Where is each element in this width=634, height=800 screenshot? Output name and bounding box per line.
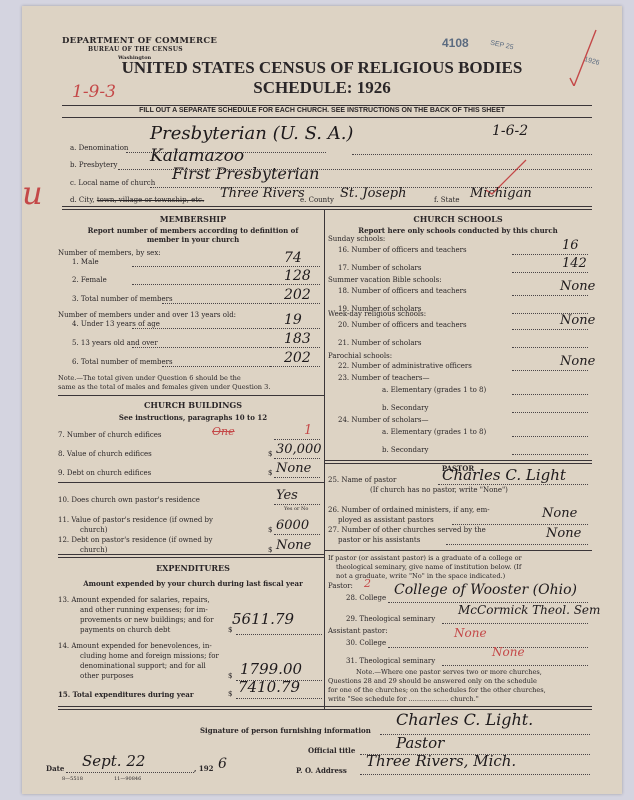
denomination-code: 1-6-2 bbox=[492, 123, 528, 139]
q31-label: 31. Theological seminary bbox=[346, 657, 435, 665]
year-digit[interactable]: 6 bbox=[218, 756, 227, 772]
code-mark: 1-9-3 bbox=[72, 82, 116, 102]
q13-value[interactable]: 5611.79 bbox=[232, 610, 294, 628]
school-row-value[interactable]: 16 bbox=[562, 238, 579, 253]
grad-note-2: theological seminary, give name of insti… bbox=[336, 563, 521, 571]
buildings-row-label: 7. Number of church edifices bbox=[58, 431, 162, 439]
school-group-label: Summer vacation Bible schools: bbox=[328, 276, 442, 284]
membership-row-label: 3. Total number of members bbox=[72, 295, 173, 303]
membership-row-value[interactable]: 202 bbox=[284, 287, 311, 303]
q29-value[interactable]: McCormick Theol. Sem bbox=[458, 603, 600, 617]
grad-note-3: not a graduate, write "No" in the space … bbox=[336, 572, 505, 580]
membership-subheading-2: member in your church bbox=[62, 235, 324, 244]
q26-value[interactable]: None bbox=[542, 506, 577, 521]
county-value[interactable]: St. Joseph bbox=[340, 186, 407, 201]
pastor-label: Pastor: bbox=[328, 582, 353, 590]
q25-hint: (If church has no pastor, write "None") bbox=[370, 486, 508, 494]
buildings-row-value[interactable]: None bbox=[276, 461, 311, 476]
school-row-label: 22. Number of administrative officers bbox=[338, 362, 472, 370]
city-label: d. City, town, village or township, etc. bbox=[70, 196, 204, 204]
buildings-row-label: 8. Value of church edifices bbox=[58, 450, 152, 458]
buildings-row-label: 10. Does church own pastor's residence bbox=[58, 496, 200, 504]
county-label: e. County bbox=[300, 196, 334, 204]
membership-row-label: 5. 13 years old and over bbox=[72, 339, 158, 347]
q25-value[interactable]: Charles C. Light bbox=[442, 466, 566, 484]
date-value[interactable]: Sept. 22 bbox=[82, 752, 145, 770]
official-title-label: Official title bbox=[308, 746, 355, 755]
po-address-value[interactable]: Three Rivers, Mich. bbox=[366, 752, 516, 770]
membership-row-value[interactable]: 19 bbox=[284, 312, 302, 328]
q30-value[interactable]: None bbox=[454, 626, 487, 640]
school-row-label: b. Secondary bbox=[382, 404, 428, 412]
buildings-row-label: 9. Debt on church edifices bbox=[58, 469, 151, 477]
form-number-2: 11—90846 bbox=[114, 776, 141, 782]
q26-label-1: 26. Number of ordained ministers, if any… bbox=[328, 506, 490, 514]
membership-note-1: Note.—The total given under Question 6 s… bbox=[58, 374, 241, 382]
by-age-label: Number of members under and over 13 year… bbox=[58, 311, 236, 319]
q26-label-2: ployed as assistant pastors bbox=[338, 516, 434, 524]
q25-label: 25. Name of pastor bbox=[328, 476, 396, 484]
pastor-note-3: for one of the churches; on the schedule… bbox=[328, 686, 546, 694]
local-name-label: c. Local name of church bbox=[70, 179, 155, 187]
buildings-row-value[interactable]: 30,000 bbox=[276, 442, 322, 457]
buildings-row-label: 11. Value of pastor's residence (if owne… bbox=[58, 516, 213, 524]
school-row-value[interactable]: 142 bbox=[562, 256, 587, 271]
membership-row-label: 6. Total number of members bbox=[72, 358, 173, 366]
schools-heading: CHURCH SCHOOLS bbox=[324, 214, 592, 224]
state-label: f. State bbox=[434, 196, 460, 204]
pastor-note-4: write "See schedule for ................… bbox=[328, 695, 479, 703]
q27-label-2: pastor or his assistants bbox=[338, 536, 420, 544]
buildings-subheading: See instructions, paragraphs 10 to 12 bbox=[62, 413, 324, 422]
signature-value[interactable]: Charles C. Light. bbox=[396, 710, 533, 729]
q14-label-line: other purposes bbox=[80, 672, 134, 680]
q31-value[interactable]: None bbox=[492, 645, 525, 659]
receipt-stamp-number: 4108 bbox=[442, 36, 469, 50]
membership-row-value[interactable]: 74 bbox=[284, 250, 302, 266]
buildings-row-hint: Yes or No bbox=[284, 506, 308, 512]
assistant-label: Assistant pastor: bbox=[328, 627, 388, 635]
buildings-row-label-2: church) bbox=[80, 546, 107, 554]
school-row-label: b. Secondary bbox=[382, 446, 428, 454]
school-row-value[interactable]: None bbox=[560, 279, 595, 294]
bureau-name: BUREAU OF THE CENSUS bbox=[88, 46, 183, 53]
city-value[interactable]: Three Rivers bbox=[220, 186, 305, 201]
buildings-row-value[interactable]: None bbox=[276, 538, 311, 553]
buildings-row-label-2: church) bbox=[80, 526, 107, 534]
buildings-row-label: 12. Debt on pastor's residence (if owned… bbox=[58, 536, 212, 544]
q28-label: 28. College bbox=[346, 594, 386, 602]
q29-label: 29. Theological seminary bbox=[346, 615, 435, 623]
q14-label-line: denominational support; and for all bbox=[80, 662, 206, 670]
school-row-label: 20. Number of officers and teachers bbox=[338, 321, 467, 329]
receipt-stamp-date: SEP 25 bbox=[490, 40, 515, 52]
q27-value[interactable]: None bbox=[546, 526, 581, 541]
school-row-value[interactable]: None bbox=[560, 354, 595, 369]
school-row-value[interactable]: None bbox=[560, 313, 595, 328]
schools-subheading: Report here only schools conducted by th… bbox=[324, 226, 592, 235]
q30-label: 30. College bbox=[346, 639, 386, 647]
buildings-heading: CHURCH BUILDINGS bbox=[62, 400, 324, 410]
membership-row-value[interactable]: 128 bbox=[284, 268, 311, 284]
membership-row-value[interactable]: 202 bbox=[284, 350, 311, 366]
membership-subheading-1: Report number of members according to de… bbox=[62, 226, 324, 235]
expenditures-subheading: Amount expended by your church during la… bbox=[62, 579, 324, 588]
local-name-value[interactable]: First Presbyterian bbox=[172, 164, 319, 183]
buildings-row-value[interactable]: Yes bbox=[276, 488, 298, 503]
school-row-label: 17. Number of scholars bbox=[338, 264, 421, 272]
q28-value[interactable]: College of Wooster (Ohio) bbox=[394, 582, 577, 598]
pastor-note-2: Questions 28 and 29 should be answered o… bbox=[328, 677, 537, 685]
department-name: DEPARTMENT OF COMMERCE bbox=[62, 36, 217, 46]
school-row-label: a. Elementary (grades 1 to 8) bbox=[382, 428, 486, 436]
q14-label-line: 14. Amount expended for benevolences, in… bbox=[58, 642, 212, 650]
form-number-1: 8—5518 bbox=[62, 776, 83, 782]
membership-row-value[interactable]: 183 bbox=[284, 331, 311, 347]
q13-label-line: 13. Amount expended for salaries, repair… bbox=[58, 596, 210, 604]
denomination-label: a. Denomination bbox=[70, 144, 128, 152]
presbytery-value[interactable]: Kalamazoo bbox=[150, 146, 244, 166]
school-row-label: a. Elementary (grades 1 to 8) bbox=[382, 386, 486, 394]
date-label: Date bbox=[46, 764, 64, 773]
buildings-row-value[interactable]: 6000 bbox=[276, 518, 309, 533]
q13-label-line: and other running expenses; for im- bbox=[80, 606, 208, 614]
instructions-banner: FILL OUT A SEPARATE SCHEDULE FOR EACH CH… bbox=[22, 107, 622, 114]
school-row-label: 19. Number of scholars bbox=[338, 305, 421, 313]
pastor-note-1: Note.—Where one pastor serves two or mor… bbox=[356, 668, 542, 676]
denomination-value[interactable]: Presbyterian (U. S. A.) bbox=[150, 123, 353, 144]
q14-label-line: cluding home and foreign missions; for bbox=[80, 652, 219, 660]
q27-label-1: 27. Number of other churches served by t… bbox=[328, 526, 486, 534]
q13-label-line: payments on church debt bbox=[80, 626, 170, 634]
buildings-row-struck: One bbox=[212, 425, 235, 438]
official-title-value[interactable]: Pastor bbox=[396, 734, 444, 752]
q13-label-line: provements or new buildings; and for bbox=[80, 616, 214, 624]
po-address-label: P. O. Address bbox=[296, 766, 347, 775]
expenditures-heading: EXPENDITURES bbox=[62, 563, 324, 573]
school-group-label: Sunday schools: bbox=[328, 235, 385, 243]
q15-value[interactable]: 7410.79 bbox=[238, 678, 300, 696]
membership-row-label: 1. Male bbox=[72, 258, 99, 266]
presbytery-label: b. Presbytery bbox=[70, 161, 117, 169]
year-prefix: , 192 bbox=[194, 764, 214, 773]
margin-mark: u bbox=[22, 174, 43, 212]
q14-value[interactable]: 1799.00 bbox=[240, 660, 302, 678]
membership-heading: MEMBERSHIP bbox=[62, 214, 324, 224]
school-row-label: 21. Number of scholars bbox=[338, 339, 421, 347]
membership-note-2: same as the total of males and females g… bbox=[58, 383, 270, 391]
state-value[interactable]: Michigan bbox=[470, 186, 532, 201]
by-sex-label: Number of members, by sex: bbox=[58, 249, 161, 257]
signature-label: Signature of person furnishing informati… bbox=[200, 726, 371, 735]
buildings-row-value[interactable]: 1 bbox=[304, 423, 312, 438]
grad-note-1: If pastor (or assistant pastor) is a gra… bbox=[328, 554, 522, 562]
membership-row-label: 2. Female bbox=[72, 276, 107, 284]
form-title: UNITED STATES CENSUS OF RELIGIOUS BODIES bbox=[22, 58, 622, 78]
school-group-label: Parochial schools: bbox=[328, 352, 392, 360]
school-row-label: 18. Number of officers and teachers bbox=[338, 287, 467, 295]
school-row-label: 23. Number of teachers— bbox=[338, 374, 430, 382]
membership-row-label: 4. Under 13 years of age bbox=[72, 320, 160, 328]
census-form: DEPARTMENT OF COMMERCE BUREAU OF THE CEN… bbox=[22, 6, 622, 794]
pastor-mark: 2 bbox=[364, 577, 371, 590]
q15-label: 15. Total expenditures during year bbox=[58, 690, 194, 699]
school-row-label: 24. Number of scholars— bbox=[338, 416, 428, 424]
school-row-label: 16. Number of officers and teachers bbox=[338, 246, 467, 254]
check-mark-icon bbox=[562, 26, 602, 86]
